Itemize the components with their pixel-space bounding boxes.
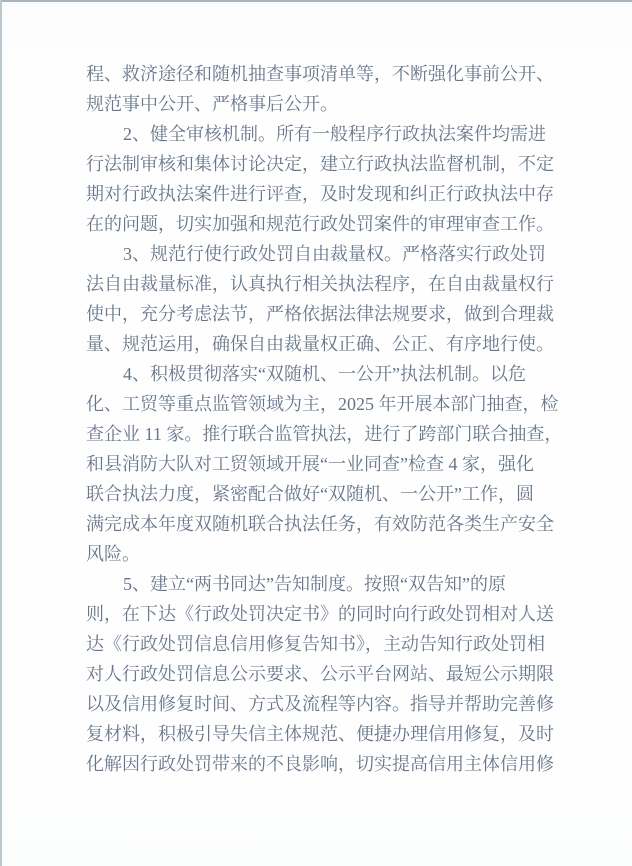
text-line: 和县消防大队对工贸领域开展“一业同查”检查 4 家，强化 <box>86 449 556 479</box>
text-line: 规范事中公开、严格事后公开。 <box>86 89 556 119</box>
text-line: 化解因行政处罚带来的不良影响，切实提高信用主体信用修 <box>86 749 556 779</box>
scan-edge-top <box>0 0 632 2</box>
text-line: 达《行政处罚信息信用修复告知书》，主动告知行政处罚相 <box>86 629 556 659</box>
text-line: 满完成本年度双随机联合执法任务，有效防范各类生产安全 <box>86 509 556 539</box>
text-line: 查企业 11 家。推行联合监管执法，进行了跨部门联合抽查， <box>86 419 556 449</box>
text-line: 以及信用修复时间、方式及流程等内容。指导并帮助完善修 <box>86 689 556 719</box>
text-line: 量、规范运用，确保自由裁量权正确、公正、有序地行使。 <box>86 329 556 359</box>
text-line: 使中，充分考虑法节，严格依据法律法规要求，做到合理裁 <box>86 299 556 329</box>
doc-text: 程、救济途径和随机抽查事项清单等，不断强化事前公开、规范事中公开、严格事后公开。… <box>86 59 556 779</box>
text-line: 化、工贸等重点监管领域为主，2025 年开展本部门抽查，检 <box>86 389 556 419</box>
text-line: 2、健全审核机制。所有一般程序行政执法案件均需进 <box>86 119 556 149</box>
text-line: 程、救济途径和随机抽查事项清单等，不断强化事前公开、 <box>86 59 556 89</box>
text-line: 法自由裁量标准，认真执行相关执法程序，在自由裁量权行 <box>86 269 556 299</box>
text-line: 5、建立“两书同达”告知制度。按照“双告知”的原 <box>86 569 556 599</box>
text-line: 期对行政执法案件进行评查，及时发现和纠正行政执法中存 <box>86 179 556 209</box>
scan-edge-left <box>0 0 2 866</box>
text-line: 则，在下达《行政处罚决定书》的同时向行政处罚相对人送 <box>86 599 556 629</box>
text-line: 联合执法力度，紧密配合做好“双随机、一公开”工作，圆 <box>86 479 556 509</box>
scanned-page: 程、救济途径和随机抽查事项清单等，不断强化事前公开、规范事中公开、严格事后公开。… <box>0 0 632 866</box>
text-line: 行法制审核和集体讨论决定，建立行政执法监督机制，不定 <box>86 149 556 179</box>
text-line: 在的问题，切实加强和规范行政处罚案件的审理审查工作。 <box>86 209 556 239</box>
text-line: 3、规范行使行政处罚自由裁量权。严格落实行政处罚 <box>86 239 556 269</box>
text-line: 4、积极贯彻落实“双随机、一公开”执法机制。以危 <box>86 359 556 389</box>
text-line: 复材料，积极引导失信主体规范、便捷办理信用修复，及时 <box>86 719 556 749</box>
text-line: 对人行政处罚信息公示要求、公示平台网站、最短公示期限 <box>86 659 556 689</box>
text-line: 风险。 <box>86 539 556 569</box>
